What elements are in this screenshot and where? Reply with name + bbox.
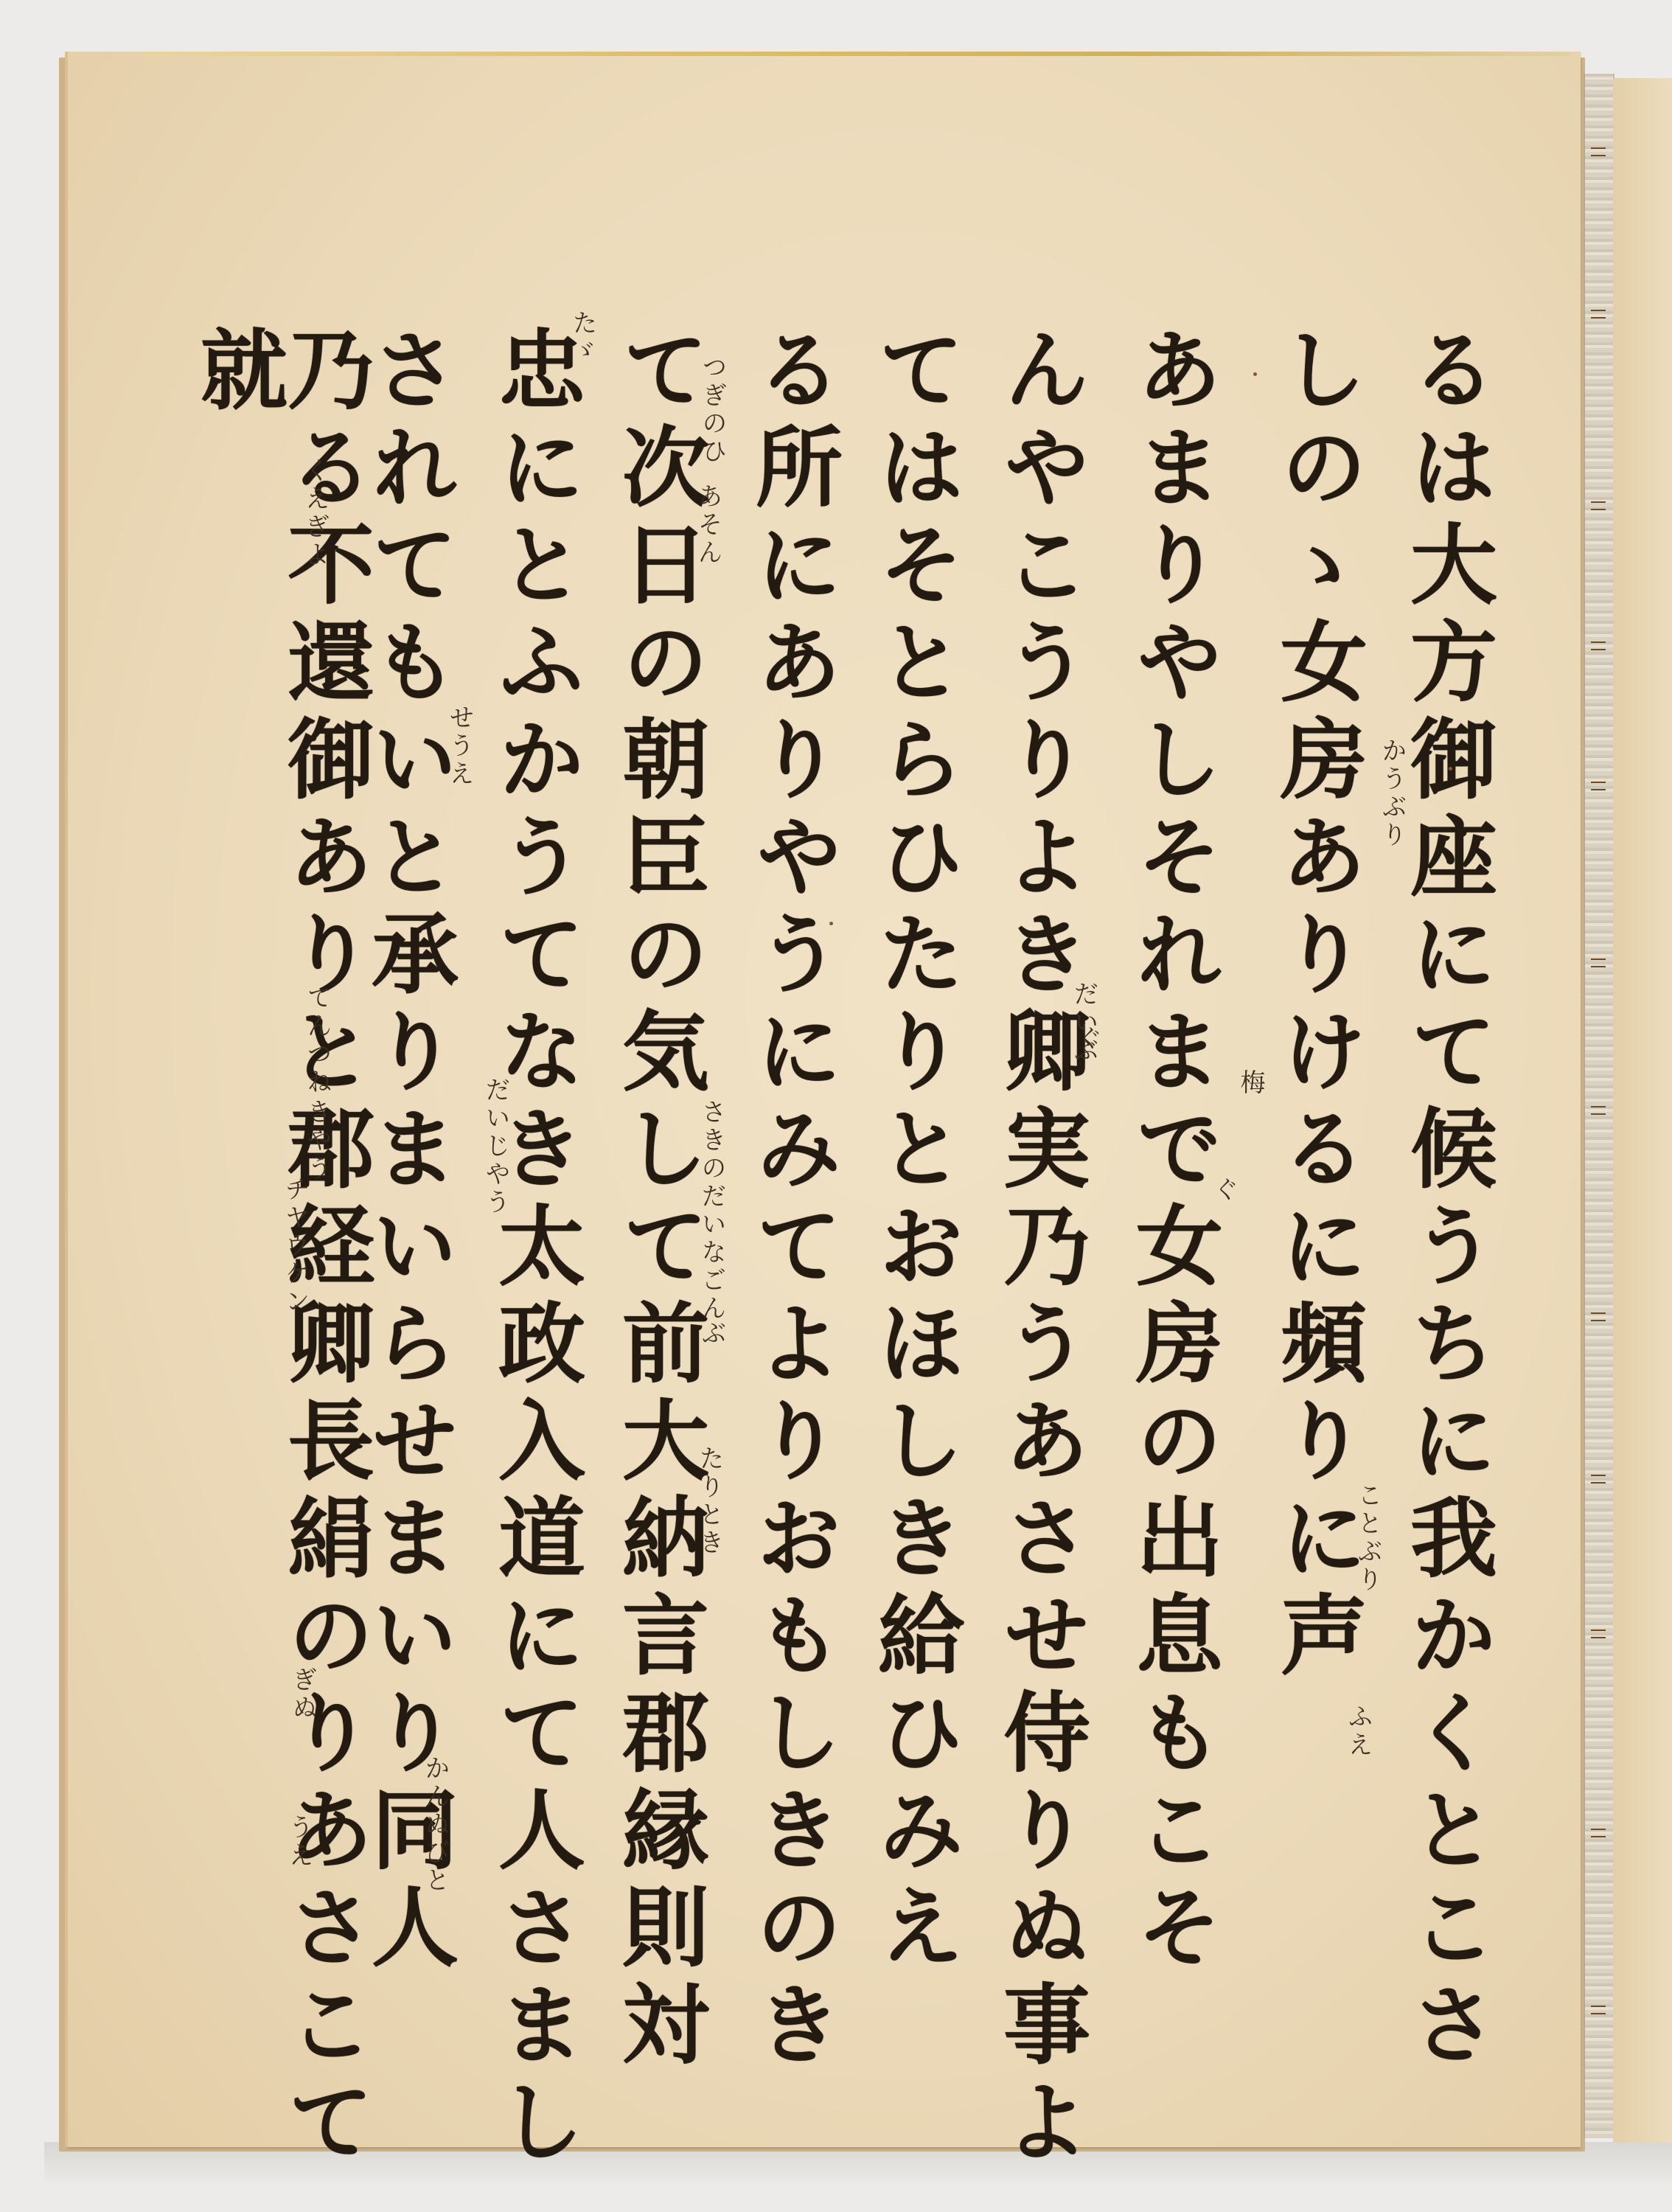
paper-speck xyxy=(1449,767,1452,771)
binding-stitch xyxy=(1591,1475,1606,1484)
furigana-gloss: かんぬびと xyxy=(422,1755,447,1895)
text-column-5: てはそとらひたりとおほしき給ひみえ xyxy=(871,324,958,1979)
furigana-gloss: かうぶり xyxy=(1379,737,1404,849)
text-column-9: されてもいと承りまいらせまいり同人 xyxy=(364,324,451,1979)
paper-speck xyxy=(829,922,833,925)
furigana-gloss: ぶ xyxy=(699,1320,724,1348)
binding-stitch xyxy=(1591,959,1606,967)
furigana-gloss: あそん xyxy=(695,483,720,567)
furigana-gloss: ぐ xyxy=(1211,1176,1236,1204)
furigana-gloss: ふえ xyxy=(1345,1703,1370,1759)
gilt-top-edge xyxy=(140,52,1570,56)
text-column-6: る所にありやうにみてよりおもしきのき xyxy=(748,324,835,2076)
furigana-gloss: チヤウケン xyxy=(282,1176,307,1316)
furigana-gloss: ぎぬ xyxy=(290,1666,315,1722)
text-column-4: んやこうりよき卿実乃うあさせ侍りぬ事よ xyxy=(996,324,1083,2174)
furigana-gloss: くえぎよ xyxy=(302,457,327,569)
furigana-gloss: うえ xyxy=(286,1814,311,1870)
furigana-gloss: だいじやう xyxy=(483,1077,508,1217)
furigana-gloss: せうえ xyxy=(447,704,472,788)
manuscript-right-page-edge xyxy=(1613,78,1672,2143)
text-column-8: 忠にとふかうてなき太政入道にて人さまし xyxy=(491,324,578,2174)
paper-speck xyxy=(1253,372,1257,376)
furigana-gloss: 梅 xyxy=(1238,1069,1263,1097)
text-column-7: て次日の朝臣の気して前大納言郡縁則対 xyxy=(615,324,702,2076)
binding-stitch xyxy=(1591,147,1606,156)
text-column-1: るは大方御座にて候うちに我かくとこさ xyxy=(1403,324,1490,2076)
furigana-gloss: つぎのひ xyxy=(700,354,725,466)
furigana-gloss: たりとき xyxy=(697,1445,722,1557)
binding-stitch xyxy=(1591,1106,1606,1115)
furigana-gloss: きやう xyxy=(304,1099,330,1183)
binding-stitch xyxy=(1591,1630,1606,1638)
binding-stitch xyxy=(1591,310,1606,319)
binding-stitch xyxy=(1591,2006,1606,2014)
text-column-3: あまりやしそれまで女房の出息もこそ xyxy=(1129,324,1216,1979)
furigana-gloss: ことぶり xyxy=(1355,1482,1380,1594)
furigana-gloss: たゞ xyxy=(570,310,595,366)
binding-stitch xyxy=(1591,782,1606,790)
furigana-gloss: てんつね xyxy=(304,984,330,1096)
binding-stitch xyxy=(1591,1829,1606,1837)
binding-stitch xyxy=(1591,1312,1606,1321)
binding-stitch xyxy=(1591,501,1606,510)
furigana-gloss: ぐ xyxy=(1075,1025,1100,1053)
furigana-gloss: さきのだいなごん xyxy=(699,1099,724,1323)
text-column-2: しのゝ女房ありけるに頻りに声 xyxy=(1273,324,1360,1687)
binding-stitch xyxy=(1591,641,1606,650)
